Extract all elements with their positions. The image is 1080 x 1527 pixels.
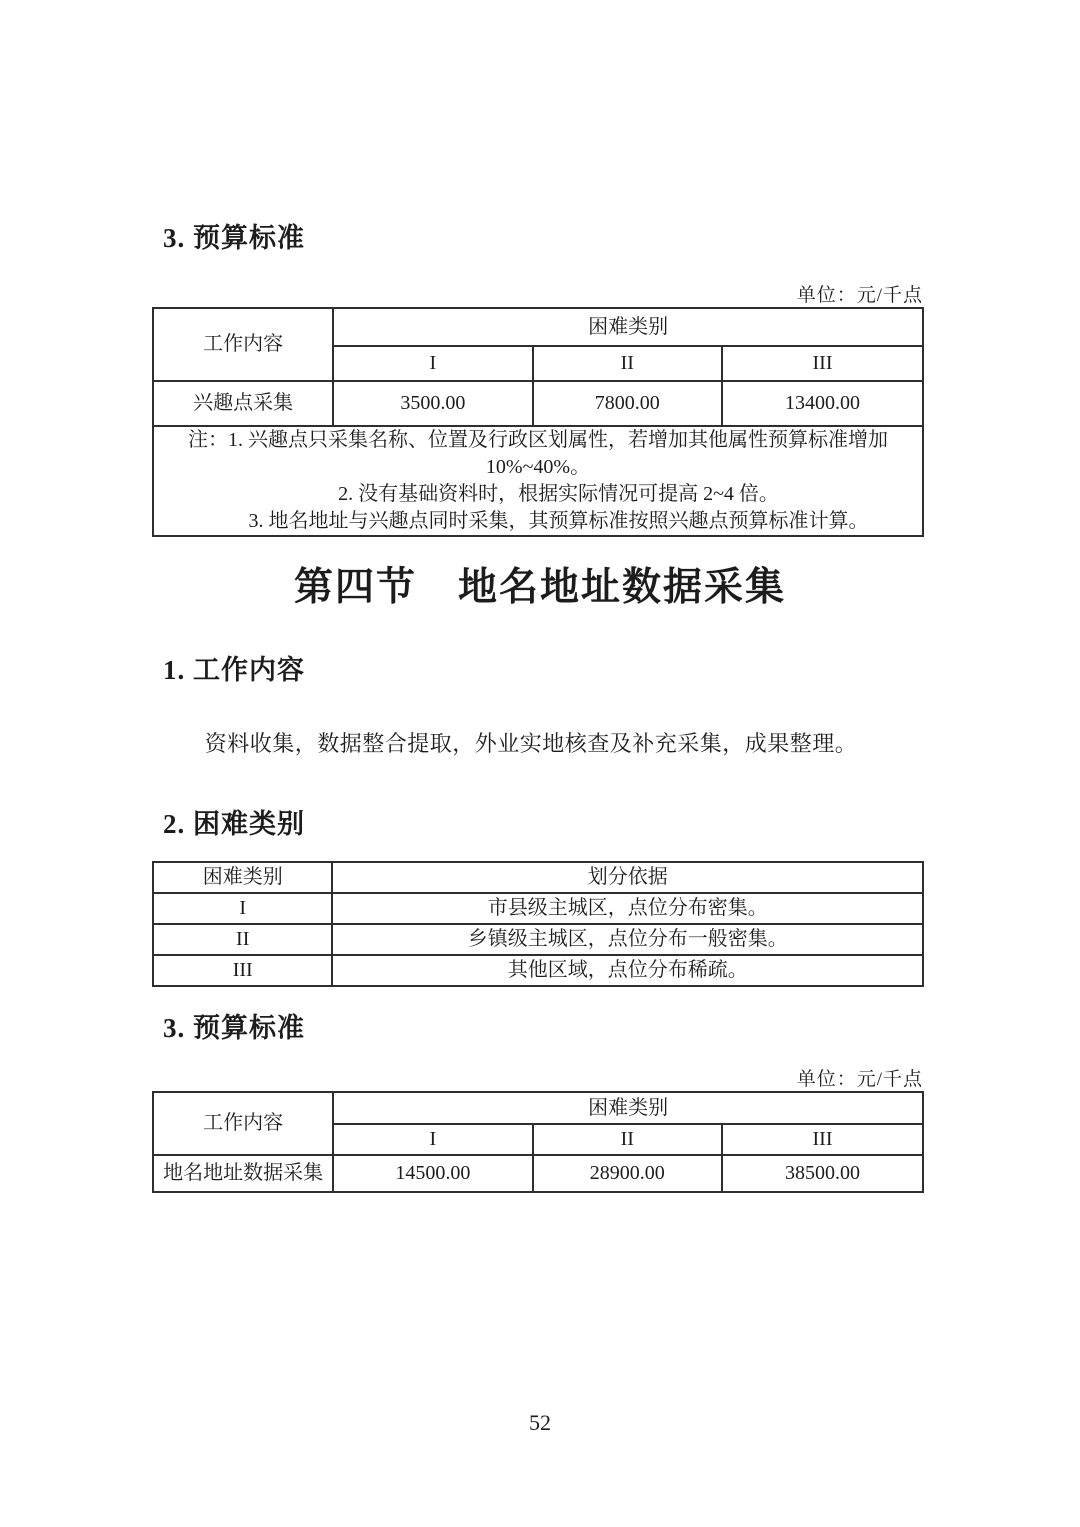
poi-unit-label: 单位：元/千点 (797, 280, 923, 307)
address-value-1: 14500.00 (333, 1155, 532, 1192)
difficulty-col-header-2: 划分依据 (332, 862, 923, 893)
note-line-1: 注：1. 兴趣点只采集名称、位置及行政区划属性，若增加其他属性预算标准增加 10… (154, 427, 922, 481)
poi-value-3: 13400.00 (722, 381, 923, 426)
difficulty-heading: 2. 困难类别 (163, 802, 305, 841)
address-row-label: 地名地址数据采集 (153, 1155, 333, 1192)
difficulty-category-2: II (153, 924, 332, 955)
difficulty-table: 困难类别 划分依据 I 市县级主城区，点位分布密集。 II 乡镇级主城区，点位分… (152, 861, 924, 987)
address-col-header-1: I (333, 1124, 532, 1155)
table-row: III 其他区域，点位分布稀疏。 (153, 955, 923, 986)
poi-value-1: 3500.00 (333, 381, 532, 426)
address-table-corner-header: 工作内容 (153, 1092, 333, 1155)
difficulty-basis-3: 其他区域，点位分布稀疏。 (332, 955, 923, 986)
difficulty-col-header-1: 困难类别 (153, 862, 332, 893)
table-row: II 乡镇级主城区，点位分布一般密集。 (153, 924, 923, 955)
poi-col-header-1: I (333, 346, 532, 381)
poi-col-header-2: II (533, 346, 722, 381)
poi-value-2: 7800.00 (533, 381, 722, 426)
address-budget-heading: 3. 预算标准 (163, 1006, 305, 1045)
page-number: 52 (0, 1410, 1080, 1436)
note-line-3: 3. 地名地址与兴趣点同时采集，其预算标准按照兴趣点预算标准计算。 (154, 508, 922, 535)
work-content-paragraph: 资料收集，数据整合提取，外业实地核查及补充采集，成果整理。 (152, 727, 952, 758)
address-value-2: 28900.00 (533, 1155, 722, 1192)
difficulty-basis-1: 市县级主城区，点位分布密集。 (332, 893, 923, 924)
poi-budget-table: 工作内容 困难类别 I II III 兴趣点采集 3500.00 7800.00… (152, 307, 924, 537)
note-line-2: 2. 没有基础资料时，根据实际情况可提高 2~4 倍。 (154, 481, 922, 508)
address-value-3: 38500.00 (722, 1155, 923, 1192)
work-content-heading: 1. 工作内容 (163, 648, 305, 687)
table-row: 地名地址数据采集 14500.00 28900.00 38500.00 (153, 1155, 923, 1192)
difficulty-basis-2: 乡镇级主城区，点位分布一般密集。 (332, 924, 923, 955)
poi-budget-heading: 3. 预算标准 (163, 216, 305, 255)
address-budget-table: 工作内容 困难类别 I II III 地名地址数据采集 14500.00 289… (152, 1091, 924, 1193)
address-col-header-3: III (722, 1124, 923, 1155)
address-table-group-header: 困难类别 (333, 1092, 923, 1124)
address-unit-label: 单位：元/千点 (797, 1064, 923, 1091)
difficulty-category-3: III (153, 955, 332, 986)
poi-table-notes: 注：1. 兴趣点只采集名称、位置及行政区划属性，若增加其他属性预算标准增加 10… (153, 426, 923, 536)
address-col-header-2: II (533, 1124, 722, 1155)
section-title: 第四节 地名地址数据采集 (0, 556, 1080, 612)
difficulty-category-1: I (153, 893, 332, 924)
poi-table-group-header: 困难类别 (333, 308, 923, 346)
poi-col-header-3: III (722, 346, 923, 381)
poi-row-label: 兴趣点采集 (153, 381, 333, 426)
poi-table-corner-header: 工作内容 (153, 308, 333, 381)
document-page: 3. 预算标准 单位：元/千点 工作内容 困难类别 I II III 兴趣点采集… (0, 0, 1080, 1527)
table-row: 兴趣点采集 3500.00 7800.00 13400.00 (153, 381, 923, 426)
table-row: I 市县级主城区，点位分布密集。 (153, 893, 923, 924)
